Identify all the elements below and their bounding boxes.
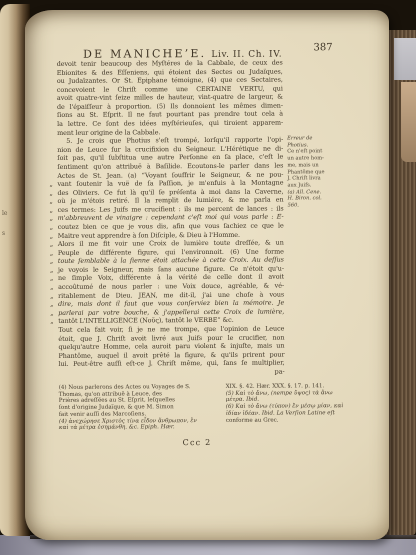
quote-continuation-mark: „ [50,206,53,215]
quote-continuation-mark: „ [49,189,52,198]
quote-continuation-mark: „ [50,232,53,241]
background-gray-patch [394,38,416,80]
quote-continuation-mark: „ [50,223,53,232]
book-photo: { "colors":{"paper":"#e3d8bd","ink":"#3f… [0,0,416,555]
running-header: DE MANICHE’E. Liv. II. Ch. IV. 387 [57,41,333,57]
quote-continuation-mark: „ [49,180,52,189]
footnote-column-right: XIX. §. 42. Hær. XXX. §. 17. p. 141.(5) … [226,383,340,424]
body-text: devoit tenir beaucoup des Myſtéres de la… [57,59,285,378]
facing-page-text-fragment: le [2,210,7,217]
footnote-line: καὶ τὰ μέτρα ἐσημάνθη. &c. Epiph. Hær. [59,424,217,432]
quote-continuation-mark: „ [50,257,53,266]
quote-continuation-mark: „ [50,249,53,258]
footnote-line: conforme au Grec. [226,417,340,424]
quote-continuation-mark: „ [50,274,53,283]
quote-continuation-mark: „ [50,309,53,318]
facing-page-text-fragment: s [2,230,5,237]
quote-continuation-mark: „ [50,214,53,223]
quote-continuation-mark: „ [50,197,53,206]
quote-continuation-mark: „ [50,317,53,326]
body-line: pa- [59,367,285,377]
footnote-line: ἰδίαν ἰδέαν. Ibid. La Verſion Latine eſt [226,410,340,417]
quote-continuation-mark: „ [50,266,53,275]
signature-mark: Ccc 2 [59,437,335,448]
quote-continuation-mark: „ [50,292,53,301]
margin-note-line: 560. [288,202,336,209]
page-content: DE MANICHE’E. Liv. II. Ch. IV. 387 devoi… [23,9,390,541]
margin-note: Erreur dePhotius.Ce n'eſt pointun autre … [287,135,335,209]
quote-continuation-mark: „ [50,240,53,249]
quote-continuation-mark: „ [50,283,53,292]
book-page: DE MANICHE’E. Liv. II. Ch. IV. 387 devoi… [25,10,389,540]
quote-continuation-mark: „ [50,300,53,309]
page-number: 387 [313,42,332,53]
under-page-corner [401,82,416,162]
footnote-column-left: (4) Nous parlerons des Actes ou Voyages … [59,384,217,432]
